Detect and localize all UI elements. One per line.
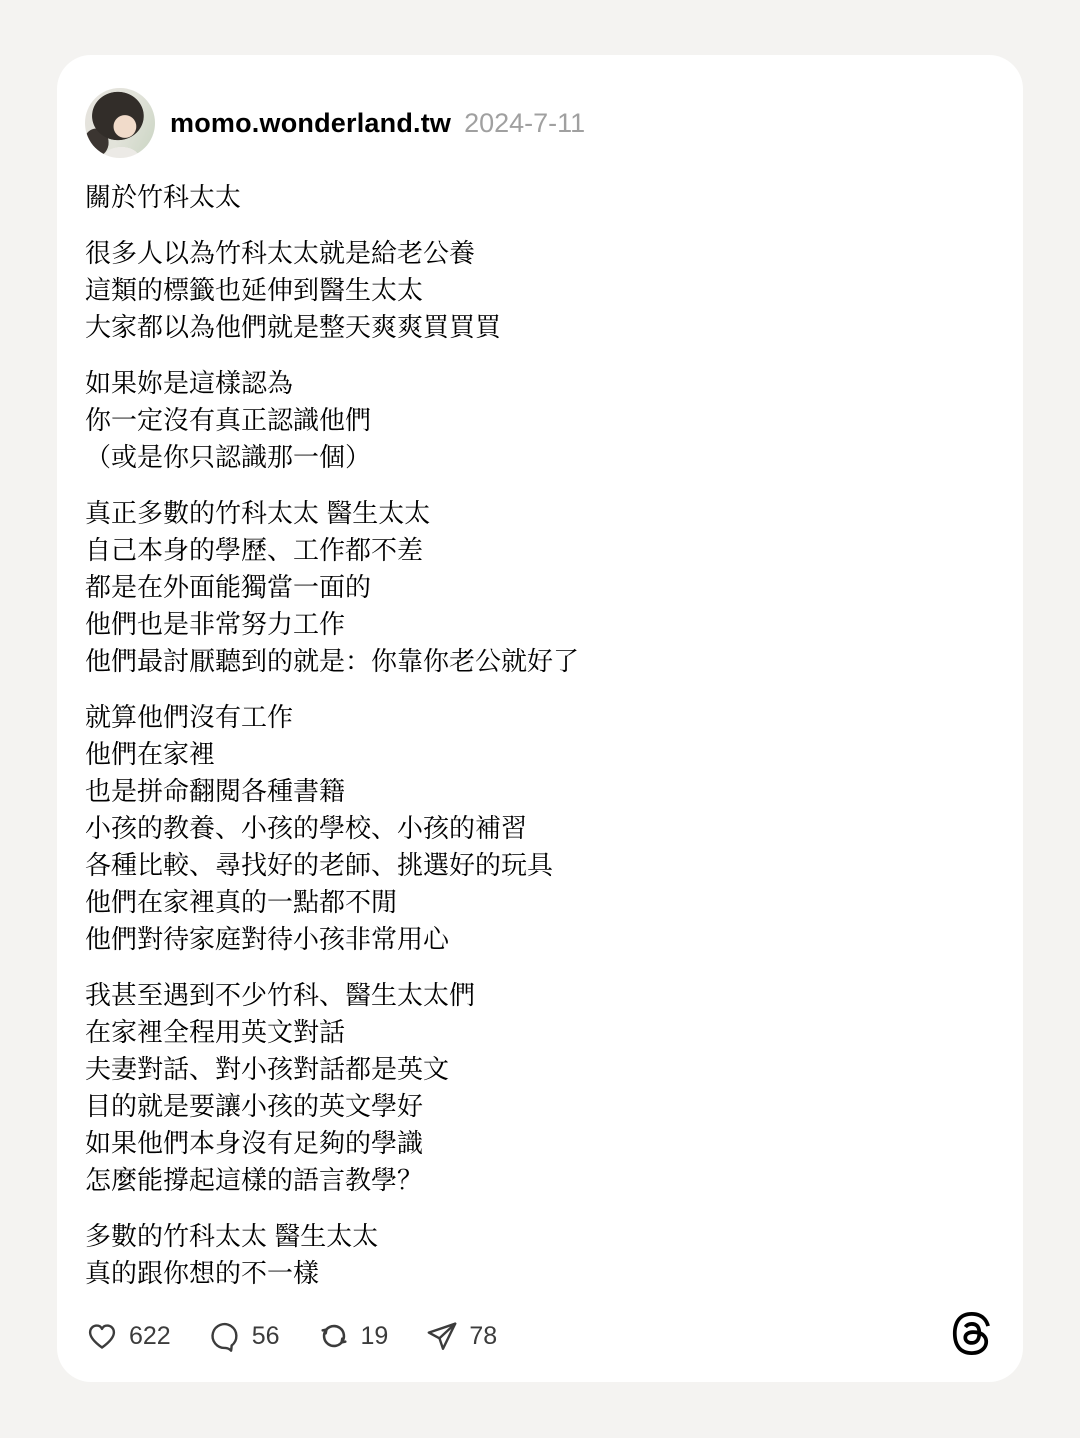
post-paragraph: 就算他們沒有工作 他們在家裡 也是拼命翻閱各種書籍 小孩的教養、小孩的學校、小孩… bbox=[85, 699, 995, 958]
post-paragraph: 多數的竹科太太 醫生太太 真的跟你想的不一樣 bbox=[85, 1218, 995, 1292]
post-paragraph: 如果妳是這樣認為 你一定沒有真正認識他們 （或是你只認識那一個） bbox=[85, 365, 995, 476]
post-paragraph: 真正多數的竹科太太 醫生太太 自己本身的學歷、工作都不差 都是在外面能獨當一面的… bbox=[85, 495, 995, 680]
post-paragraph: 我甚至遇到不少竹科、醫生太太們 在家裡全程用英文對話 夫妻對話、對小孩對話都是英… bbox=[85, 977, 995, 1199]
paper-plane-icon bbox=[425, 1319, 459, 1353]
user-line: momo.wonderland.tw 2024-7-11 bbox=[170, 108, 585, 139]
heart-icon bbox=[85, 1319, 119, 1353]
like-button[interactable]: 622 bbox=[85, 1319, 171, 1353]
share-button[interactable]: 78 bbox=[425, 1319, 497, 1353]
comment-button[interactable]: 56 bbox=[208, 1319, 280, 1353]
post-body: 關於竹科太太 很多人以為竹科太太就是給老公養 這類的標籤也延伸到醫生太太 大家都… bbox=[85, 179, 995, 1292]
post-paragraph: 關於竹科太太 bbox=[85, 179, 995, 216]
post-header: momo.wonderland.tw 2024-7-11 bbox=[85, 88, 995, 158]
share-count: 78 bbox=[469, 1322, 497, 1351]
like-count: 622 bbox=[129, 1322, 171, 1351]
threads-logo-icon bbox=[950, 1312, 993, 1355]
repost-count: 19 bbox=[361, 1322, 389, 1351]
repost-button[interactable]: 19 bbox=[317, 1319, 389, 1353]
comment-bubble-icon bbox=[208, 1319, 242, 1353]
post-card: momo.wonderland.tw 2024-7-11 關於竹科太太 很多人以… bbox=[57, 55, 1023, 1382]
engagement-bar: 622 56 19 bbox=[85, 1319, 995, 1353]
username[interactable]: momo.wonderland.tw bbox=[170, 108, 451, 139]
avatar[interactable] bbox=[85, 88, 155, 158]
comment-count: 56 bbox=[252, 1322, 280, 1351]
post-date: 2024-7-11 bbox=[464, 108, 585, 139]
repost-cycle-icon bbox=[317, 1319, 351, 1353]
post-paragraph: 很多人以為竹科太太就是給老公養 這類的標籤也延伸到醫生太太 大家都以為他們就是整… bbox=[85, 235, 995, 346]
